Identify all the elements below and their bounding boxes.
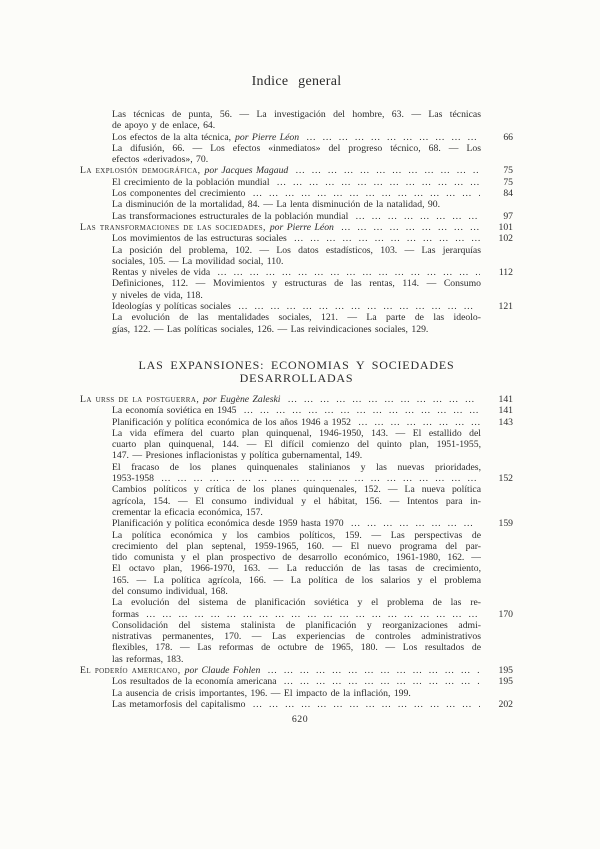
leader-dots: … … … … … … … … … … … … … … … … … … … … …: [288, 394, 481, 405]
page-number: 75: [487, 165, 513, 176]
leader-dots: … … … … … … … … … … … … … … … … … … … … …: [244, 405, 480, 416]
page-number: 143: [487, 417, 513, 428]
entry-text: Planificación y política económica de lo…: [112, 417, 351, 428]
toc-line: crecimiento del plan septenal, 1959-1965…: [80, 541, 481, 552]
entry-author: por Claude Fohlen: [185, 665, 261, 676]
leader-dots: … … … … … … … … … … … … … … … … … … … … …: [295, 165, 480, 176]
entry-text: Los efectos de la alta técnica,: [112, 132, 231, 143]
toc-line: efectos «derivados», 70.: [80, 154, 481, 165]
toc-line: La vida efímera del cuarto plan quinquen…: [80, 428, 481, 439]
page-number: 112: [487, 267, 513, 278]
chapter-title: La explosión demográfica,: [80, 165, 200, 176]
toc-row: Planificación y política económica desde…: [80, 518, 513, 529]
toc-entry-sub: Rentas y niveles de vida… … … … … … … … …: [80, 267, 513, 278]
toc-row: Los componentes del crecimiento… … … … ……: [80, 188, 513, 199]
toc-row: Las transformaciones estructurales de la…: [80, 211, 513, 222]
toc-entry-chapter: Las transformaciones de las sociedades,p…: [80, 222, 513, 233]
toc-line: La disminución de la mortalidad, 84. — L…: [80, 199, 481, 210]
toc-row: La economía soviética en 1945… … … … … ……: [80, 405, 513, 416]
toc-row: Las metamorfosis del capitalismo… … … … …: [80, 699, 513, 710]
leader-dots: … … … … … … … … … … … … … … … … … … … … …: [351, 518, 480, 529]
toc-entry-sub: Los efectos de la alta técnica,por Pierr…: [80, 132, 513, 143]
toc-line: 165. — La política agrícola, 166. — La p…: [80, 575, 481, 586]
page-number: 152: [487, 473, 513, 484]
leader-dots: … … … … … … … … … … … … … … … … … … … … …: [238, 301, 480, 312]
toc-line: y niveles de vida, 118.: [80, 290, 481, 301]
page-number: 141: [487, 394, 513, 405]
toc-line: La difusión, 66. — Los efectos «inmediat…: [80, 143, 481, 154]
toc-entry-detail: La difusión, 66. — Los efectos «inmediat…: [80, 143, 513, 166]
toc-entry-detail: La política económica y los cambios polí…: [80, 530, 513, 598]
toc-line: La evolución del sistema de planificació…: [80, 597, 481, 608]
section-heading-line2: DESARROLLADAS: [80, 372, 513, 386]
toc-entry-sub: La economía soviética en 1945… … … … … ……: [80, 405, 513, 416]
toc-line: de apoyo y de enlace, 64.: [80, 120, 481, 131]
entry-text: Los movimientos de las estructuras socia…: [112, 233, 287, 244]
toc-entry-detail: Definiciones, 112. — Movimientos y estru…: [80, 278, 513, 301]
toc-entry-sub: Las metamorfosis del capitalismo… … … … …: [80, 699, 513, 710]
entry-author: por Pierre Léon: [235, 132, 299, 143]
toc-entry-sub: Los movimientos de las estructuras socia…: [80, 233, 513, 244]
chapter-title: El poderío americano,: [80, 665, 181, 676]
toc-entry-chapter: El poderío americano,por Claude Fohlen… …: [80, 665, 513, 676]
page-number: 141: [487, 405, 513, 416]
page-title: Indice general: [80, 74, 513, 90]
toc-entry-sub: Planificación y política económica desde…: [80, 518, 513, 529]
toc-row: Planificación y política económica de lo…: [80, 417, 513, 428]
toc-row: Ideologías y políticas sociales… … … … ……: [80, 301, 513, 312]
leader-dots: … … … … … … … … … … … … … … … … … … … … …: [306, 132, 480, 143]
leader-dots: … … … … … … … … … … … … … … … … … … … … …: [358, 417, 480, 428]
entry-text: Los componentes del crecimiento: [112, 188, 245, 199]
toc-entry-sub: Los componentes del crecimiento… … … … ……: [80, 188, 513, 199]
entry-text: formas: [112, 609, 139, 620]
page-content: Indice general Las técnicas de punta, 56…: [80, 0, 513, 710]
toc-line: agrícola, 154. — El consumo individual y…: [80, 496, 481, 507]
toc-line: sociales, 105. — La movilidad social, 11…: [80, 256, 481, 267]
toc-entry-sub: Ideologías y políticas sociales… … … … ……: [80, 301, 513, 312]
toc-row: Los efectos de la alta técnica,por Pierr…: [80, 132, 513, 143]
page-number: 75: [487, 177, 513, 188]
toc-row: Los resultados de la economía americana……: [80, 676, 513, 687]
toc-entry-detail: La ausencia de crisis importantes, 196. …: [80, 688, 513, 699]
toc-line: El octavo plan, 1966-1970, 163. — La red…: [80, 563, 481, 574]
toc-entry-detail: La disminución de la mortalidad, 84. — L…: [80, 199, 513, 210]
toc-entry-chapter: La urss de la postguerra,por Eugène Zale…: [80, 394, 513, 405]
toc-row: formas… … … … … … … … … … … … … … … … … …: [80, 609, 513, 620]
toc-entry-detail: La vida efímera del cuarto plan quinquen…: [80, 428, 513, 462]
toc-line: del consumo individual, 168.: [80, 586, 481, 597]
toc-row: Rentas y niveles de vida… … … … … … … … …: [80, 267, 513, 278]
toc-row: El poderío americano,por Claude Fohlen… …: [80, 665, 513, 676]
page-number: 97: [487, 211, 513, 222]
toc-line: Definiciones, 112. — Movimientos y estru…: [80, 278, 481, 289]
footer-page-number: 620: [0, 714, 600, 725]
section-heading: LAS EXPANSIONES: ECONOMIAS Y SOCIEDADES …: [80, 359, 513, 386]
entry-text: Las transformaciones estructurales de la…: [112, 211, 348, 222]
leader-dots: … … … … … … … … … … … … … … … … … … … … …: [146, 609, 480, 620]
toc-part2: La urss de la postguerra,por Eugène Zale…: [80, 394, 513, 710]
toc-line: cuarto plan quinquenal, 144. — El difíci…: [80, 439, 481, 450]
entry-author: por Pierre Léon: [270, 222, 334, 233]
entry-author: por Eugène Zaleski: [203, 394, 280, 405]
entry-text: 1953-1958: [112, 473, 154, 484]
toc-entry-detail: La evolución de las mentalidades sociale…: [80, 312, 513, 335]
toc-entry-detail: Cambios políticos y crítica de los plane…: [80, 484, 513, 518]
toc-entry-sub: Las transformaciones estructurales de la…: [80, 211, 513, 222]
toc-line: La evolución de las mentalidades sociale…: [80, 312, 481, 323]
toc-row: Las transformaciones de las sociedades,p…: [80, 222, 513, 233]
entry-text: El crecimiento de la población mundial: [112, 177, 270, 188]
entry-text: Rentas y niveles de vida: [112, 267, 210, 278]
toc-line: Consolidación del sistema stalinista de …: [80, 620, 481, 631]
page-number: 84: [487, 188, 513, 199]
page-number: 121: [487, 301, 513, 312]
leader-dots: … … … … … … … … … … … … … … … … … … … … …: [341, 222, 480, 233]
section-heading-line1: LAS EXPANSIONES: ECONOMIAS Y SOCIEDADES: [80, 359, 513, 373]
toc-entry-sub: Planificación y política económica de lo…: [80, 417, 513, 428]
toc-line: gías, 122. — Las políticas sociales, 126…: [80, 324, 481, 335]
leader-dots: … … … … … … … … … … … … … … … … … … … … …: [277, 177, 480, 188]
toc-line: tido comunista y el plan prospectivo de …: [80, 552, 481, 563]
toc-line: flexibles, 178. — Las reformas de octubr…: [80, 642, 481, 653]
toc-entry-sub: El fracaso de los planes quinquenales st…: [80, 462, 513, 485]
leader-dots: … … … … … … … … … … … … … … … … … … … … …: [267, 665, 480, 676]
leader-dots: … … … … … … … … … … … … … … … … … … … … …: [217, 267, 480, 278]
toc-row: El crecimiento de la población mundial… …: [80, 177, 513, 188]
page-number: 159: [487, 518, 513, 529]
leader-dots: … … … … … … … … … … … … … … … … … … … … …: [252, 188, 480, 199]
toc-entry-detail: Consolidación del sistema stalinista de …: [80, 620, 513, 665]
toc-row: La urss de la postguerra,por Eugène Zale…: [80, 394, 513, 405]
toc-line: Cambios políticos y crítica de los plane…: [80, 484, 481, 495]
entry-text: Planificación y política económica desde…: [112, 518, 344, 529]
toc-line: las reformas, 183.: [80, 654, 481, 665]
leader-dots: … … … … … … … … … … … … … … … … … … … … …: [355, 211, 480, 222]
toc-row: Los movimientos de las estructuras socia…: [80, 233, 513, 244]
page-number: 202: [487, 699, 513, 710]
entry-text: Ideologías y políticas sociales: [112, 301, 231, 312]
toc-entry-sub: La evolución del sistema de planificació…: [80, 597, 513, 620]
leader-dots: … … … … … … … … … … … … … … … … … … … … …: [161, 473, 480, 484]
toc-line: 147. — Presiones inflacionistas y políti…: [80, 450, 481, 461]
page-number: 101: [487, 222, 513, 233]
toc-line: El fracaso de los planes quinquenales st…: [80, 462, 481, 473]
chapter-title: La urss de la postguerra,: [80, 394, 199, 405]
toc-part1: Las técnicas de punta, 56. — La investig…: [80, 109, 513, 335]
book-page: Indice general Las técnicas de punta, 56…: [0, 0, 600, 849]
entry-text: La economía soviética en 1945: [112, 405, 237, 416]
leader-dots: … … … … … … … … … … … … … … … … … … … … …: [294, 233, 480, 244]
toc-row: 1953-1958… … … … … … … … … … … … … … … ……: [80, 473, 513, 484]
entry-author: por Jacques Magaud: [204, 165, 288, 176]
toc-line: Las técnicas de punta, 56. — La investig…: [80, 109, 481, 120]
leader-dots: … … … … … … … … … … … … … … … … … … … … …: [284, 676, 480, 687]
toc-entry-sub: Los resultados de la economía americana……: [80, 676, 513, 687]
toc-line: La ausencia de crisis importantes, 196. …: [80, 688, 481, 699]
toc-entry-sub: El crecimiento de la población mundial… …: [80, 177, 513, 188]
page-number: 170: [487, 609, 513, 620]
page-number: 195: [487, 665, 513, 676]
entry-text: Las metamorfosis del capitalismo: [112, 699, 245, 710]
leader-dots: … … … … … … … … … … … … … … … … … … … … …: [252, 699, 480, 710]
toc-entry-detail: Las técnicas de punta, 56. — La investig…: [80, 109, 513, 132]
toc-entry-detail: La posición del problema, 102. — Los dat…: [80, 245, 513, 268]
entry-text: Los resultados de la economía americana: [112, 676, 277, 687]
toc-line: crementar la eficacia económica, 157.: [80, 507, 481, 518]
page-number: 66: [487, 132, 513, 143]
chapter-title: Las transformaciones de las sociedades,: [80, 222, 266, 233]
toc-row: La explosión demográfica,por Jacques Mag…: [80, 165, 513, 176]
toc-line: La política económica y los cambios polí…: [80, 530, 481, 541]
toc-entry-chapter: La explosión demográfica,por Jacques Mag…: [80, 165, 513, 176]
page-number: 102: [487, 233, 513, 244]
toc-line: nistrativas permanentes, 170. — Las expe…: [80, 631, 481, 642]
toc-line: La posición del problema, 102. — Los dat…: [80, 245, 481, 256]
page-number: 195: [487, 676, 513, 687]
